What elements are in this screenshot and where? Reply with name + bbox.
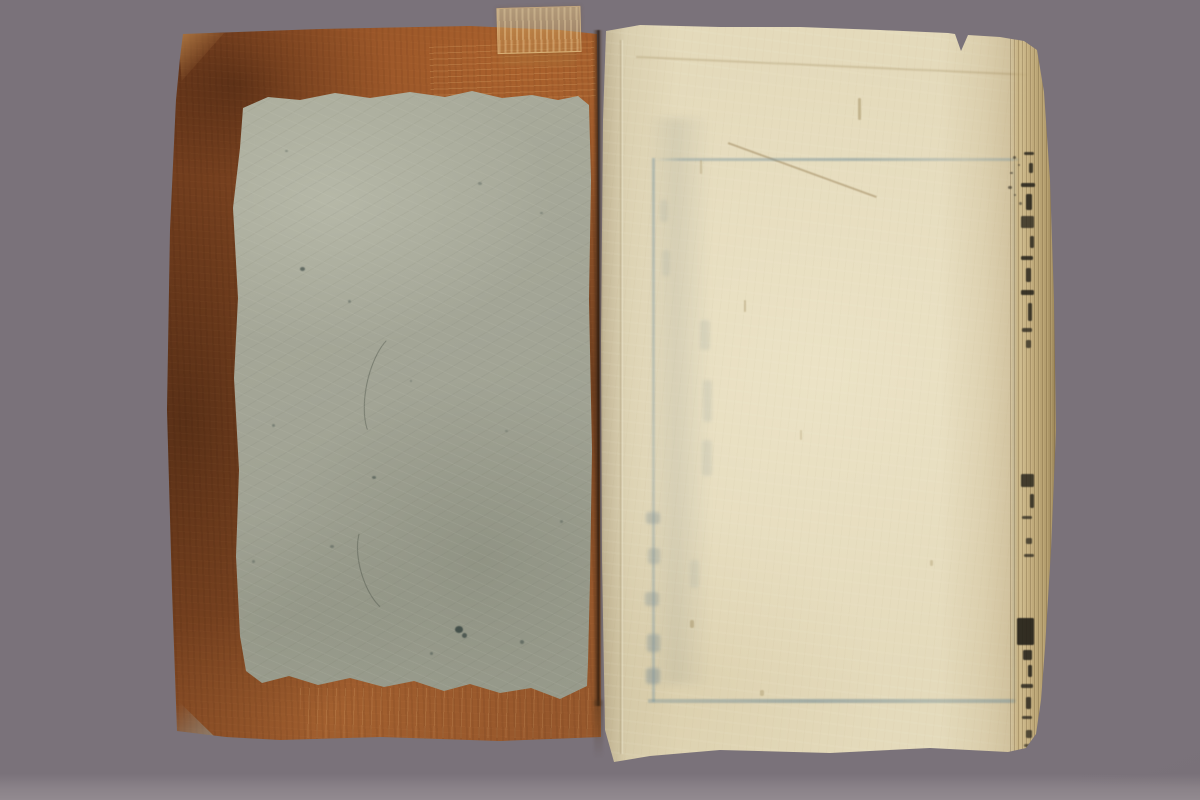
mark bbox=[1021, 183, 1035, 187]
mark bbox=[1021, 216, 1034, 228]
mark bbox=[1008, 186, 1012, 189]
mark bbox=[560, 520, 563, 523]
mark bbox=[1026, 730, 1032, 738]
mark bbox=[1023, 650, 1032, 660]
conservation-tape bbox=[496, 6, 581, 54]
mark bbox=[1029, 163, 1033, 173]
mark bbox=[410, 380, 412, 382]
gutter-seam bbox=[593, 30, 603, 706]
backdrop-bottom-band bbox=[0, 774, 1200, 800]
mark bbox=[1014, 194, 1016, 196]
mark bbox=[1018, 164, 1020, 166]
mark bbox=[1024, 554, 1034, 557]
mark bbox=[1028, 665, 1032, 677]
mark bbox=[505, 430, 508, 432]
mark bbox=[430, 652, 433, 655]
mark bbox=[1022, 716, 1032, 719]
mark bbox=[1010, 172, 1013, 174]
mark bbox=[1026, 194, 1032, 210]
mark bbox=[1021, 256, 1033, 260]
mark bbox=[1022, 328, 1032, 332]
mark bbox=[1022, 516, 1032, 519]
mark bbox=[1026, 697, 1031, 709]
mark bbox=[1024, 744, 1031, 747]
mark bbox=[285, 150, 288, 152]
mark bbox=[1026, 538, 1032, 544]
mark bbox=[1021, 290, 1034, 295]
mark bbox=[462, 633, 467, 638]
mark bbox=[1028, 303, 1032, 321]
mark bbox=[272, 424, 275, 427]
mark bbox=[252, 560, 255, 563]
mark bbox=[1019, 202, 1022, 205]
mark bbox=[1021, 684, 1033, 688]
gutter-seam-fade bbox=[594, 700, 603, 758]
mark bbox=[300, 267, 305, 271]
tape-ridges bbox=[497, 7, 580, 53]
mark bbox=[1026, 268, 1031, 282]
mark bbox=[540, 212, 543, 214]
mark bbox=[372, 476, 376, 479]
mark bbox=[1030, 494, 1034, 508]
mark bbox=[1013, 156, 1016, 159]
mark bbox=[520, 640, 524, 644]
mark bbox=[455, 626, 463, 633]
mark bbox=[1026, 340, 1031, 348]
mark bbox=[1030, 236, 1034, 248]
mark bbox=[1021, 474, 1034, 487]
photograph-antique-book bbox=[0, 0, 1200, 800]
mark bbox=[348, 300, 351, 303]
mark bbox=[1024, 152, 1034, 155]
mark bbox=[1017, 618, 1034, 645]
mark bbox=[330, 545, 334, 548]
mark bbox=[478, 182, 482, 185]
